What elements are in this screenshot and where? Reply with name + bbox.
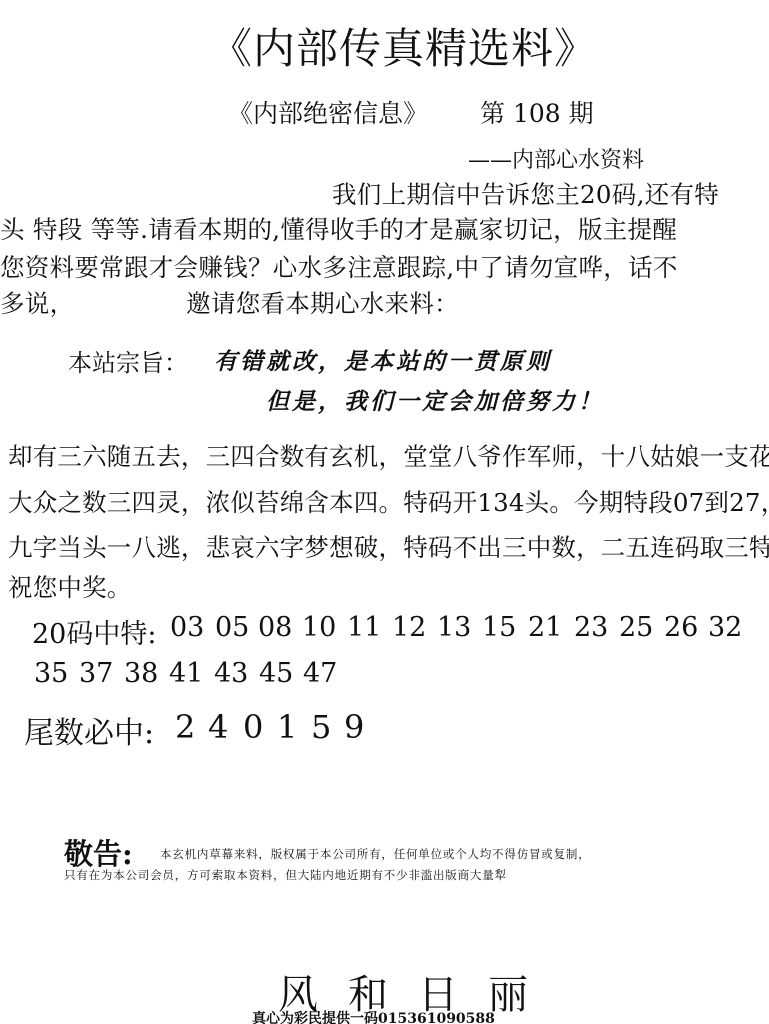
number: 47 [303, 658, 337, 689]
verse-line: 大众之数三四灵，浓似苔绵含本四。特码开134头。今期特段07到27， [8, 484, 769, 519]
number: 41 [169, 658, 203, 689]
numbers-label: 20码中特: [32, 612, 156, 651]
tail-digit: 5 [311, 708, 331, 746]
number: 15 [482, 612, 516, 643]
motto-line: 但是，我们一定会加倍努力！ [266, 383, 604, 416]
subheading: 《内部绝密信息》 [228, 94, 428, 130]
verse-line: 九字当头一八逃，悲哀六字梦想破，特码不出三中数，二五连码取三特。 [8, 529, 769, 564]
number: 13 [437, 612, 471, 643]
number: 03 [170, 612, 204, 643]
notice-text: 只有在为本公司会员，方可索取本资料，但大陆内地近期有不少非滥出版商大量犁 [64, 867, 507, 883]
intro-line: 头 特段 等等.请看本期的,懂得收手的才是赢家切记，版主提醒 [0, 211, 677, 246]
tail-digit: 2 [175, 708, 195, 746]
intro-line: 我们上期信中告诉您主20码,还有特 [332, 176, 719, 211]
tail-digit: 4 [208, 708, 228, 746]
number: 32 [708, 612, 742, 643]
number: 26 [664, 612, 698, 643]
tail-digit: 9 [344, 708, 364, 746]
number: 12 [392, 612, 426, 643]
number: 37 [79, 658, 113, 689]
page-title: 《内部传真精选料》 [210, 16, 597, 76]
verse-line: 祝您中奖。 [8, 569, 132, 604]
number: 38 [124, 658, 158, 689]
issue-number: 第 108 期 [480, 94, 594, 130]
notice-text: 本玄机内草幕来料，版权属于本公司所有，任何单位或个人均不得仿冒或复制， [160, 846, 591, 862]
number: 25 [619, 612, 653, 643]
intro-line: 多说， 邀请您看本期心水来料： [0, 285, 459, 320]
tail-label: 尾数必中: [24, 708, 154, 752]
motto-line: 有错就改，是本站的一贯原则 [214, 343, 552, 376]
number: 05 [215, 612, 249, 643]
number: 35 [34, 658, 68, 689]
number: 45 [259, 658, 293, 689]
verse-line: 却有三六随五去，三四合数有玄机，堂堂八爷作军师，十八姑娘一支花 [8, 438, 769, 473]
number: 08 [258, 612, 292, 643]
number: 21 [528, 612, 562, 643]
footer-subtitle: 真心为彩民提供一码015361090588 [252, 1008, 495, 1024]
number: 23 [574, 612, 608, 643]
number: 11 [347, 612, 381, 643]
source-note: ——内部心水资料 [468, 143, 644, 174]
number: 10 [302, 612, 336, 643]
intro-line: 您资料要常跟才会赚钱？心水多注意跟踪,中了请勿宣哗，话不 [0, 249, 678, 284]
motto-label: 本站宗旨： [68, 343, 188, 378]
number: 43 [214, 658, 248, 689]
tail-digit: 0 [243, 708, 263, 746]
tail-digit: 1 [277, 708, 297, 746]
